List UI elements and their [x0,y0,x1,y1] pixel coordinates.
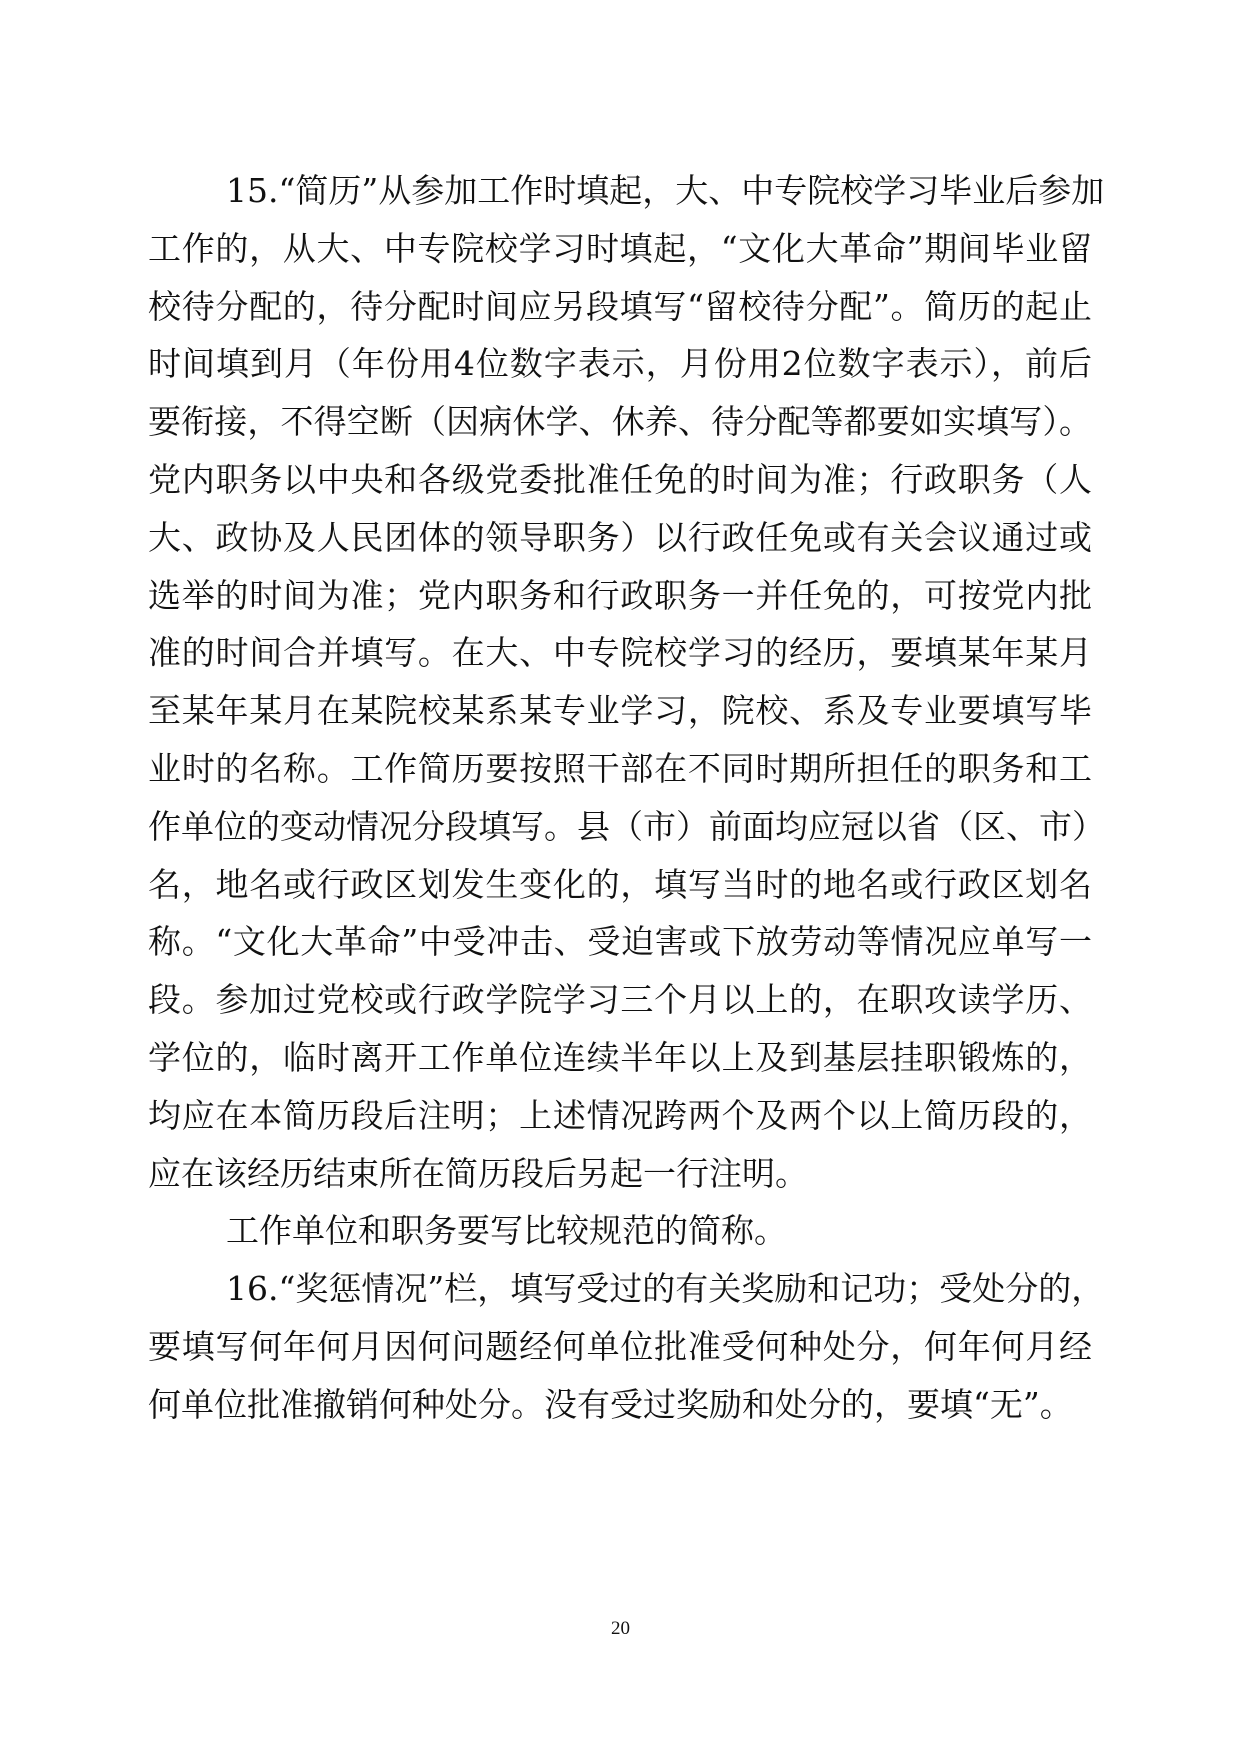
text-line: 何单位批准撤销何种处分。没有受过奖励和处分的，要填“无”。 [148,1376,1092,1434]
text-line: 校待分配的，待分配时间应另段填写“留校待分配”。简历的起止 [148,278,1092,336]
text-line: 作单位的变动情况分段填写。县（市）前面均应冠以省（区、市） [148,798,1092,856]
text-line: 均应在本简历段后注明；上述情况跨两个及两个以上简历段的， [148,1087,1092,1145]
text-line: 15.“简历”从参加工作时填起，大、中专院校学习毕业后参加 [148,162,1092,220]
text-line: 业时的名称。工作简历要按照干部在不同时期所担任的职务和工 [148,740,1092,798]
text-line: 应在该经历结束所在简历段后另起一行注明。 [148,1145,1092,1203]
text-line: 选举的时间为准；党内职务和行政职务一并任免的，可按党内批 [148,567,1092,625]
document-body: 15.“简历”从参加工作时填起，大、中专院校学习毕业后参加 工作的，从大、中专院… [148,162,1092,1434]
page-number: 20 [0,1618,1241,1640]
text-line: 时间填到月（年份用4位数字表示，月份用2位数字表示），前后 [148,335,1092,393]
text-line: 至某年某月在某院校某系某专业学习，院校、系及专业要填写毕 [148,682,1092,740]
text-line: 称。“文化大革命”中受冲击、受迫害或下放劳动等情况应单写一 [148,913,1092,971]
text-line: 要衔接，不得空断（因病休学、休养、待分配等都要如实填写）。 [148,393,1092,451]
text-line: 16.“奖惩情况”栏，填写受过的有关奖励和记功；受处分的， [148,1260,1092,1318]
text-line: 段。参加过党校或行政学院学习三个月以上的，在职攻读学历、 [148,971,1092,1029]
text-line: 工作的，从大、中专院校学习时填起，“文化大革命”期间毕业留 [148,220,1092,278]
text-line: 要填写何年何月因何问题经何单位批准受何种处分，何年何月经 [148,1318,1092,1376]
text-line: 准的时间合并填写。在大、中专院校学习的经历，要填某年某月 [148,624,1092,682]
text-line: 大、政协及人民团体的领导职务）以行政任免或有关会议通过或 [148,509,1092,567]
text-line: 工作单位和职务要写比较规范的简称。 [148,1202,1092,1260]
text-line: 名，地名或行政区划发生变化的，填写当时的地名或行政区划名 [148,856,1092,914]
text-line: 党内职务以中央和各级党委批准任免的时间为准；行政职务（人 [148,451,1092,509]
text-line: 学位的，临时离开工作单位连续半年以上及到基层挂职锻炼的， [148,1029,1092,1087]
